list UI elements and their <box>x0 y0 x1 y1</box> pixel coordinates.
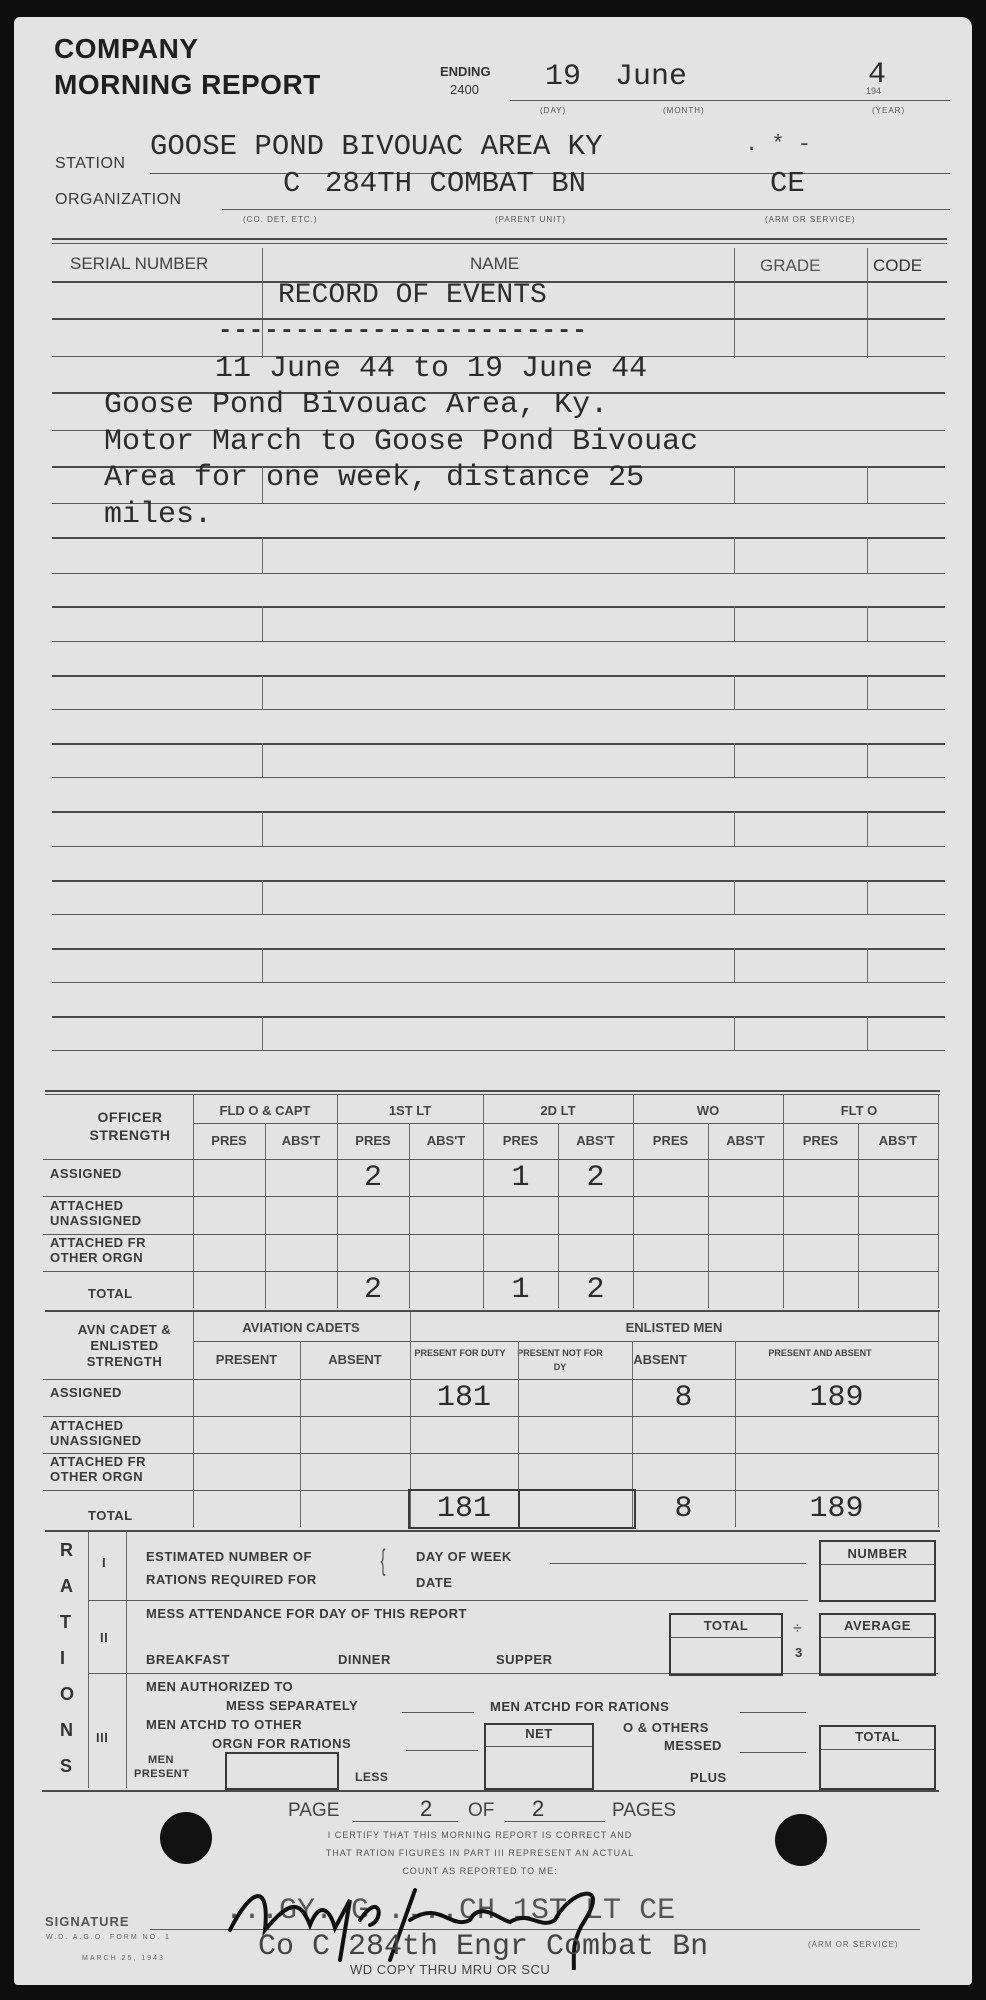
divide-icon: ÷ <box>793 1620 802 1638</box>
year-value[interactable]: 4 <box>868 58 886 92</box>
officer-sub-header: PRES <box>783 1133 858 1148</box>
roster-col-divider <box>734 466 735 503</box>
men-atchd-rations-label: MEN ATCHD FOR RATIONS <box>490 1699 669 1714</box>
roster-rule <box>52 606 945 608</box>
atchd-rations-field <box>740 1712 806 1713</box>
mess-total-box-divider <box>671 1637 781 1638</box>
number-box-label: NUMBER <box>819 1546 936 1561</box>
officer-sub-header: ABS'T <box>708 1133 783 1148</box>
officer-table-top <box>45 1090 940 1092</box>
rations-section-1-bottom <box>88 1600 808 1601</box>
officer-col-divider <box>708 1123 709 1308</box>
number-box-divider <box>821 1564 934 1565</box>
officer-sub-header: PRES <box>337 1133 409 1148</box>
rations-letter: N <box>60 1720 73 1741</box>
others-messed-field <box>740 1752 806 1753</box>
ending-time-label: 2400 <box>450 82 479 97</box>
officer-sub-header: ABS'T <box>265 1133 337 1148</box>
mess-attendance-text: MESS ATTENDANCE FOR DAY OF THIS REPORT <box>146 1606 467 1621</box>
rations-total-box-divider <box>821 1749 934 1750</box>
men-atchd-other-text-1: MEN ATCHD TO OTHER <box>146 1717 302 1732</box>
rations-letter: S <box>60 1756 72 1777</box>
officer-row-attached-fr-label: ATTACHED FR OTHER ORGN <box>50 1235 180 1265</box>
sub-present-for-duty: PRESENT FOR DUTY <box>412 1346 508 1360</box>
officer-col-divider <box>858 1123 859 1308</box>
roster-col-divider <box>867 743 868 777</box>
enlisted-col-divider <box>938 1312 939 1527</box>
roster-rule <box>52 811 945 813</box>
officer-row-assigned-label: ASSIGNED <box>50 1166 122 1181</box>
officer-sub-header: PRES <box>633 1133 708 1148</box>
average-box-divider <box>821 1637 934 1638</box>
date-label: DATE <box>416 1575 452 1590</box>
roster-col-divider <box>262 743 263 777</box>
officer-sub-header: ABS'T <box>858 1133 938 1148</box>
record-line-2[interactable]: Goose Pond Bivouac Area, Ky. <box>104 388 608 422</box>
roster-col-divider <box>867 537 868 573</box>
sub-enlisted-absent: ABSENT <box>610 1352 710 1367</box>
enlisted-row-divider <box>43 1453 938 1454</box>
record-line-3[interactable]: Motor March to Goose Pond Bivouac <box>104 425 698 459</box>
section-3-numeral: III <box>96 1730 108 1745</box>
officer-row-attached-unassigned-label: ATTACHED UNASSIGNED <box>50 1198 180 1228</box>
officer-cell[interactable]: 1 <box>483 1161 558 1195</box>
enlisted-cell[interactable]: 189 <box>735 1492 938 1526</box>
rations-letter: T <box>60 1612 71 1633</box>
plus-label: PLUS <box>690 1770 727 1785</box>
organization-arm[interactable]: CE <box>770 167 805 200</box>
roster-col-divider <box>734 880 735 914</box>
less-label: LESS <box>355 1770 388 1784</box>
day-caption: (DAY) <box>540 106 566 115</box>
roster-col-divider <box>734 606 735 641</box>
organization-parent-unit[interactable]: 284TH COMBAT BN <box>325 167 586 200</box>
roster-col-divider <box>734 948 735 982</box>
officer-table-top-2 <box>45 1094 940 1095</box>
enlisted-row-attached-fr-label: ATTACHED FR OTHER ORGN <box>50 1454 180 1484</box>
dinner-label: DINNER <box>338 1652 391 1667</box>
officer-group-divider <box>193 1123 938 1124</box>
header-grade: GRADE <box>760 256 820 276</box>
roster-col-divider <box>262 675 263 709</box>
of-label: OF <box>468 1800 494 1822</box>
section-1-numeral: I <box>102 1555 106 1570</box>
roster-col-divider <box>734 743 735 777</box>
men-atchd-other-text-2: ORGN FOR RATIONS <box>212 1736 351 1751</box>
rations-top-rule <box>45 1530 940 1532</box>
enlisted-row-divider <box>43 1416 938 1417</box>
rations-letter: R <box>60 1540 73 1561</box>
group-enlisted-men: ENLISTED MEN <box>410 1320 938 1335</box>
enlisted-strength-label: AVN CADET & ENLISTED STRENGTH <box>62 1322 187 1370</box>
record-line-4[interactable]: Area for one week, distance 25 <box>104 461 644 495</box>
group-fld-o-capt: FLD O & CAPT <box>193 1103 337 1118</box>
enlisted-col-divider <box>300 1341 301 1527</box>
punch-hole-right <box>775 1814 827 1866</box>
officer-cell[interactable]: 2 <box>558 1161 633 1195</box>
pages-value[interactable]: 2 <box>532 1796 544 1822</box>
roster-top-rule-2 <box>52 243 947 244</box>
total-present-box <box>408 1489 636 1529</box>
page-field <box>353 1821 458 1822</box>
roster-col-divider <box>867 811 868 846</box>
rations-section-2-bottom <box>88 1673 938 1674</box>
mess-separately-field <box>402 1712 474 1713</box>
men-present-text-2: PRESENT <box>134 1768 189 1780</box>
punch-hole-left <box>160 1812 212 1864</box>
sub-cadets-present: PRESENT <box>193 1352 300 1367</box>
roster-rule <box>52 948 945 950</box>
officer-cell[interactable]: 2 <box>337 1273 409 1307</box>
record-line-5[interactable]: miles. <box>104 498 212 532</box>
roster-rule <box>52 641 945 642</box>
certification-line-1: I CERTIFY THAT THIS MORNING REPORT IS CO… <box>250 1826 710 1844</box>
officer-row-divider <box>43 1234 938 1235</box>
sub-cadets-absent: ABSENT <box>300 1352 410 1367</box>
officer-col-divider <box>409 1123 410 1308</box>
org-caption-arm: (ARM OR SERVICE) <box>765 215 856 224</box>
rations-bottom-rule <box>42 1790 939 1792</box>
station-label: STATION <box>55 155 125 173</box>
officer-sub-header: PRES <box>483 1133 558 1148</box>
roster-rule <box>52 846 945 847</box>
roster-rule <box>52 743 945 745</box>
rations-letter: O <box>60 1684 74 1705</box>
officer-cell[interactable]: 1 <box>483 1273 558 1307</box>
form-number: W.D. A.G.O. FORM NO. 1 <box>46 1934 171 1941</box>
mess-total-label: TOTAL <box>669 1618 783 1633</box>
pages-field <box>505 1821 605 1822</box>
others-label-1: O & OTHERS <box>623 1720 709 1735</box>
rations-col-divider-2 <box>126 1532 127 1788</box>
typed-unit: Co C 284th Engr Combat Bn <box>258 1930 708 1964</box>
officer-col-divider <box>193 1094 194 1308</box>
roster-rule <box>52 675 945 677</box>
officer-row-total-label: TOTAL <box>88 1286 133 1301</box>
roster-rule <box>52 537 945 539</box>
average-box-label: AVERAGE <box>819 1618 936 1633</box>
rations-letter: I <box>60 1648 65 1669</box>
enlisted-row-assigned-label: ASSIGNED <box>50 1385 122 1400</box>
enlisted-cell[interactable]: 181 <box>410 1381 518 1415</box>
officer-strength-label: OFFICER STRENGTH <box>70 1108 190 1144</box>
record-line-1[interactable]: 11 June 44 to 19 June 44 <box>215 352 647 386</box>
roster-rule <box>52 709 945 710</box>
roster-rule <box>52 982 945 983</box>
roster-col-divider <box>262 948 263 982</box>
record-underline: ------------------------ <box>218 318 588 345</box>
roster-col-divider <box>262 606 263 641</box>
year-caption: (YEAR) <box>872 106 905 115</box>
roster-col-divider <box>867 1016 868 1050</box>
officer-row-divider <box>43 1271 938 1272</box>
unit-caption: (ARM OR SERVICE) <box>808 1940 899 1949</box>
group-wo: WO <box>633 1103 783 1118</box>
pages-label: PAGES <box>612 1800 676 1822</box>
roster-col-divider <box>867 606 868 641</box>
men-authorized-text-2: MESS SEPARATELY <box>226 1698 358 1713</box>
month-caption: (MONTH) <box>663 106 705 115</box>
net-box-divider <box>486 1746 592 1747</box>
ending-label: ENDING <box>440 64 491 79</box>
signature-label: SIGNATURE <box>45 1914 130 1929</box>
sub-present-not-for-duty: PRESENT NOT FOR DY <box>510 1346 610 1374</box>
roster-col-divider <box>262 880 263 914</box>
officer-col-divider <box>265 1123 266 1308</box>
organization-label: ORGANIZATION <box>55 191 182 209</box>
rations-total-label: TOTAL <box>819 1729 936 1744</box>
page-label: PAGE <box>288 1800 339 1822</box>
enlisted-cell[interactable]: 189 <box>735 1381 938 1415</box>
roster-col-divider <box>867 880 868 914</box>
officer-col-divider <box>938 1094 939 1308</box>
day-of-week-label: DAY OF WEEK <box>416 1549 512 1564</box>
date-underline <box>510 100 950 101</box>
section-2-numeral: II <box>100 1630 108 1645</box>
enlisted-group-divider <box>193 1341 938 1342</box>
rations-required-text: RATIONS REQUIRED FOR <box>146 1572 317 1587</box>
roster-col-divider <box>867 948 868 982</box>
men-present-text-1: MEN <box>148 1754 174 1766</box>
organization-company[interactable]: C <box>283 167 300 200</box>
rations-col-divider-1 <box>88 1532 89 1788</box>
officer-cell[interactable]: 2 <box>337 1161 409 1195</box>
roster-col-divider <box>734 811 735 846</box>
group-1st-lt: 1ST LT <box>337 1103 483 1118</box>
officer-col-divider <box>783 1094 784 1308</box>
group-flt-o: FLT O <box>783 1103 935 1118</box>
station-value[interactable]: GOOSE POND BIVOUAC AREA KY <box>150 130 602 163</box>
roster-col-divider <box>734 1016 735 1050</box>
roster-rule <box>52 573 945 574</box>
roster-top-rule <box>52 238 947 240</box>
roster-col-divider <box>867 466 868 503</box>
roster-rule <box>52 777 945 778</box>
orgn-rations-field <box>406 1750 478 1751</box>
men-authorized-text-1: MEN AUTHORIZED TO <box>146 1679 293 1694</box>
enlisted-row-total-label: TOTAL <box>88 1508 133 1523</box>
group-aviation-cadets: AVIATION CADETS <box>193 1320 409 1335</box>
officer-sub-header: ABS'T <box>409 1133 483 1148</box>
organization-underline <box>222 209 950 210</box>
enlisted-cell[interactable]: 8 <box>632 1381 735 1415</box>
roster-rule <box>52 1016 945 1018</box>
estimated-number-text: ESTIMATED NUMBER OF <box>146 1549 312 1564</box>
net-box-label: NET <box>484 1726 594 1741</box>
roster-col-divider <box>734 675 735 709</box>
header-name: NAME <box>470 254 519 274</box>
total-present-box-divider <box>518 1489 520 1527</box>
enlisted-cell[interactable]: 8 <box>632 1492 735 1526</box>
enlisted-row-attached-unassigned-label: ATTACHED UNASSIGNED <box>50 1418 180 1448</box>
officer-header-bottom <box>43 1159 938 1160</box>
month-value[interactable]: June <box>615 60 687 94</box>
roster-col-divider <box>867 675 868 709</box>
form-title-line2: MORNING REPORT <box>54 68 321 102</box>
org-caption-parent: (PARENT UNIT) <box>495 215 566 224</box>
group-2d-lt: 2D LT <box>483 1103 633 1118</box>
others-label-2: MESSED <box>664 1738 722 1753</box>
header-code: CODE <box>873 256 922 276</box>
officer-row-divider <box>43 1196 938 1197</box>
wd-copy-note: WD COPY THRU MRU OR SCU <box>350 1962 550 1977</box>
org-caption-company: (CO. DET. ETC.) <box>243 215 318 224</box>
brace-icon: { <box>381 1544 386 1578</box>
day-of-week-field <box>550 1563 806 1564</box>
header-serial-number: SERIAL NUMBER <box>70 254 208 274</box>
roster-col-divider <box>262 811 263 846</box>
sub-present-and-absent: PRESENT AND ABSENT <box>760 1346 880 1360</box>
officer-cell[interactable]: 2 <box>558 1273 633 1307</box>
rations-letter: A <box>60 1576 73 1597</box>
men-present-box[interactable] <box>225 1752 339 1790</box>
roster-col-divider <box>734 537 735 573</box>
officer-sub-header: PRES <box>193 1133 265 1148</box>
roster-col-divider <box>867 248 868 358</box>
station-marks: . * - <box>745 132 811 157</box>
roster-rule <box>52 1050 945 1051</box>
enlisted-table-top <box>45 1310 940 1312</box>
breakfast-label: BREAKFAST <box>146 1652 230 1667</box>
roster-rule <box>52 880 945 882</box>
roster-rule <box>52 914 945 915</box>
form-date: MARCH 25, 1943 <box>82 1955 165 1962</box>
roster-col-divider <box>262 537 263 573</box>
roster-col-divider <box>734 248 735 358</box>
enlisted-col-divider <box>193 1312 194 1527</box>
supper-label: SUPPER <box>496 1652 552 1667</box>
form-title-line1: COMPANY <box>54 32 199 66</box>
enlisted-header-bottom <box>43 1379 938 1380</box>
officer-col-divider <box>633 1094 634 1308</box>
day-value[interactable]: 19 <box>545 60 581 94</box>
record-of-events-heading: RECORD OF EVENTS <box>278 280 547 311</box>
divide-by-value: 3 <box>795 1645 803 1660</box>
roster-col-divider <box>262 1016 263 1050</box>
officer-sub-header: ABS'T <box>558 1133 633 1148</box>
page-value[interactable]: 2 <box>420 1796 432 1822</box>
